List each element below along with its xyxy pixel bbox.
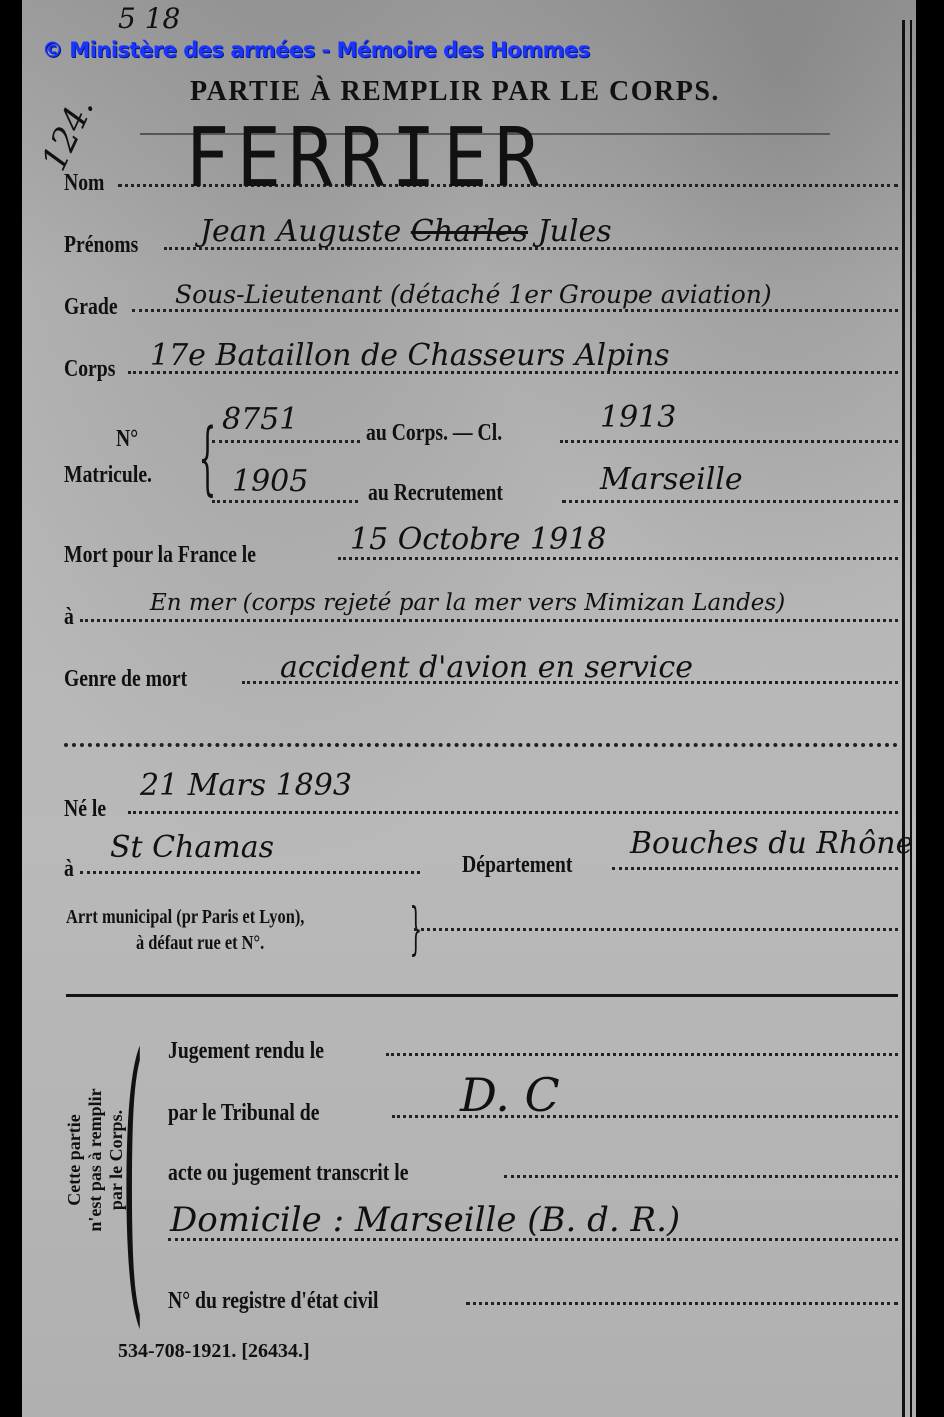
mort-a-label: à: [64, 604, 74, 631]
transcrit-value: Domicile : Marseille (B. d. R.): [170, 1200, 680, 1240]
nom-value: FERRIER: [185, 118, 546, 200]
registre-label: N° du registre d'état civil: [168, 1288, 378, 1315]
matricule-recrutement-value: 1905: [232, 464, 308, 499]
prenoms-label: Prénoms: [64, 232, 138, 259]
right-border-line: [902, 20, 905, 1417]
blank-dotted-line: [64, 743, 898, 747]
matricule-brace: {: [199, 418, 217, 498]
mort-a-value: En mer (corps rejeté par la mer vers Mim…: [150, 590, 785, 616]
au-corps-label: au Corps. — Cl.: [366, 420, 502, 447]
copyright-watermark: © Ministère des armées - Mémoire des Hom…: [42, 38, 590, 62]
prenoms-value: Jean Auguste Charles Jules: [200, 214, 612, 249]
registre-dotted-line: [466, 1302, 898, 1305]
right-border-line-inner: [910, 20, 912, 1417]
corps-label: Corps: [64, 356, 115, 383]
ne-le-dotted-line: [128, 811, 898, 814]
grade-label: Grade: [64, 294, 118, 321]
matricule-no-label: N°: [116, 426, 138, 453]
genre-mort-label: Genre de mort: [64, 666, 187, 693]
transcrit-dotted-line: [504, 1175, 898, 1178]
side-note-line2: n'est pas à remplir: [85, 1020, 106, 1300]
transcrit-label: acte ou jugement transcrit le: [168, 1160, 408, 1187]
tribunal-label: par le Tribunal de: [168, 1100, 319, 1127]
jugement-dotted-line: [386, 1053, 898, 1056]
ne-a-value: St Chamas: [110, 830, 274, 865]
form-header: PARTIE À REMPLIR PAR LE CORPS.: [190, 76, 720, 108]
section-divider: [66, 994, 898, 997]
margin-pencil-note-top: 5 18: [118, 2, 180, 35]
prenoms-text-after: Jules: [538, 214, 612, 249]
ne-a-label: à: [64, 856, 74, 883]
departement-value: Bouches du Rhône: [630, 826, 913, 861]
matricule-label: Matricule.: [64, 462, 152, 489]
classe-value: 1913: [600, 400, 676, 435]
arrondissement-label-line1: Arrt municipal (pr Paris et Lyon),: [66, 906, 304, 929]
mort-le-label: Mort pour la France le: [64, 542, 256, 569]
ne-le-label: Né le: [64, 796, 106, 823]
side-note-line1: Cette partie: [64, 1020, 85, 1300]
au-recrutement-label: au Recrutement: [368, 480, 503, 507]
departement-label: Département: [462, 852, 572, 879]
matricule-corps-value: 8751: [222, 402, 298, 437]
departement-dotted-line: [612, 867, 898, 870]
form-print-code: 534-708-1921. [26434.]: [118, 1340, 310, 1363]
tribunal-value: D. C: [460, 1068, 560, 1122]
corps-number-dotted-line: [212, 440, 360, 443]
grade-dotted-line: [132, 309, 898, 312]
recrutement-number-dotted-line: [212, 500, 358, 503]
civil-section-brace: (: [122, 1020, 144, 1330]
mort-a-dotted-line: [80, 619, 898, 622]
jugement-label: Jugement rendu le: [168, 1038, 324, 1065]
prenoms-struck-text: Charles: [411, 214, 528, 249]
mort-le-dotted-line: [338, 557, 898, 560]
genre-mort-value: accident d'avion en service: [280, 650, 693, 685]
recrutement-value: Marseille: [600, 462, 743, 497]
prenoms-text: Jean Auguste: [200, 214, 401, 249]
recrutement-dotted-line: [562, 500, 898, 503]
ne-le-value: 21 Mars 1893: [140, 768, 352, 803]
ne-a-dotted-line: [80, 871, 420, 874]
classe-dotted-line: [560, 440, 898, 443]
mort-le-value: 15 Octobre 1918: [350, 522, 606, 557]
grade-value: Sous-Lieutenant (détaché 1er Groupe avia…: [175, 280, 772, 309]
civil-section-side-note: Cette partie n'est pas à remplir par le …: [64, 1020, 127, 1300]
nom-label: Nom: [64, 170, 104, 197]
corps-value: 17e Bataillon de Chasseurs Alpins: [150, 338, 670, 373]
arrondissement-label-line2: à défaut rue et N°.: [136, 932, 264, 955]
arrondissement-dotted-line: [414, 928, 898, 931]
